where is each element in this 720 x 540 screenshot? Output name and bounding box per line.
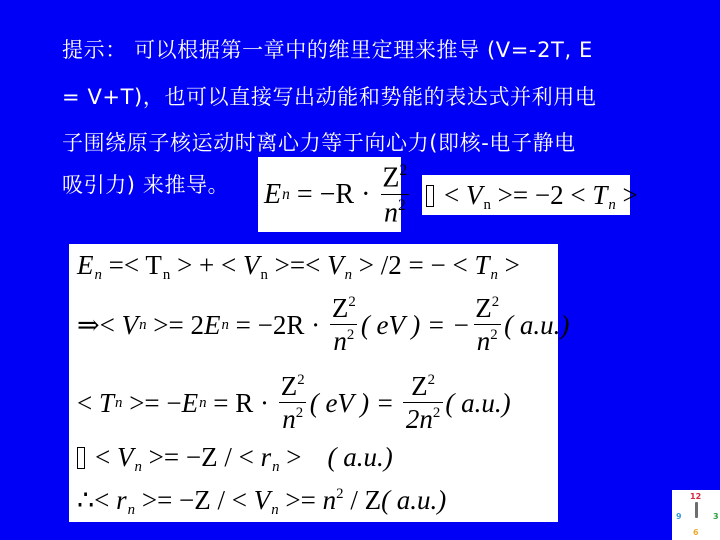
clock-number-3: 3 xyxy=(713,512,719,521)
missing-glyph-icon xyxy=(77,447,85,469)
slide: 提示： 可以根据第一章中的维里定理来推导 (V=-2T, E = V+T)，也可… xyxy=(0,0,720,540)
derivation-row-4: < Vn >= −Z / < rn >( a.u.) xyxy=(77,442,393,476)
clock-number-6: 6 xyxy=(693,528,699,537)
derivation-row-2: ⇒< Vn >= 2En = −2R · Z2n2 ( eV ) = − Z2n… xyxy=(77,292,569,358)
clock-icon[interactable]: 12 9 3 6 xyxy=(672,490,720,540)
hint-line-4: 吸引力) 来推导。 xyxy=(62,172,229,198)
hint-line-2: = V+T)，也可以直接写出动能和势能的表达式并利用电 xyxy=(62,84,596,110)
derivation-row-1: En =< Tn > + < Vn >=< Vn > /2 = − < Tn > xyxy=(77,250,520,284)
z2-over-n2-fraction: Z2 n2 xyxy=(379,163,410,227)
missing-glyph-icon xyxy=(426,185,434,207)
derivation-row-5: ∴< rn >= −Z / < Vn >= n2 / Z( a.u.) xyxy=(77,485,446,519)
derivation-row-3: < Tn >= −En = R · Z2n2 ( eV ) = Z22n2 ( … xyxy=(77,369,511,437)
clock-hand xyxy=(695,502,698,518)
hint-line-3: 子围绕原子核运动时离心力等于向心力(即核-电子静电 xyxy=(62,130,576,156)
derivation-box: En =< Tn > + < Vn >=< Vn > /2 = − < Tn >… xyxy=(69,244,558,522)
energy-formula-box: En = −R · Z2 n2 xyxy=(258,157,401,232)
hint-line-1: 提示： 可以根据第一章中的维里定理来推导 (V=-2T, E xyxy=(62,37,593,63)
clock-number-9: 9 xyxy=(676,512,682,521)
clock-number-12: 12 xyxy=(690,492,701,501)
energy-symbol: E xyxy=(264,179,281,211)
virial-formula-box: < Vn >= −2 < Tn > xyxy=(422,175,630,215)
